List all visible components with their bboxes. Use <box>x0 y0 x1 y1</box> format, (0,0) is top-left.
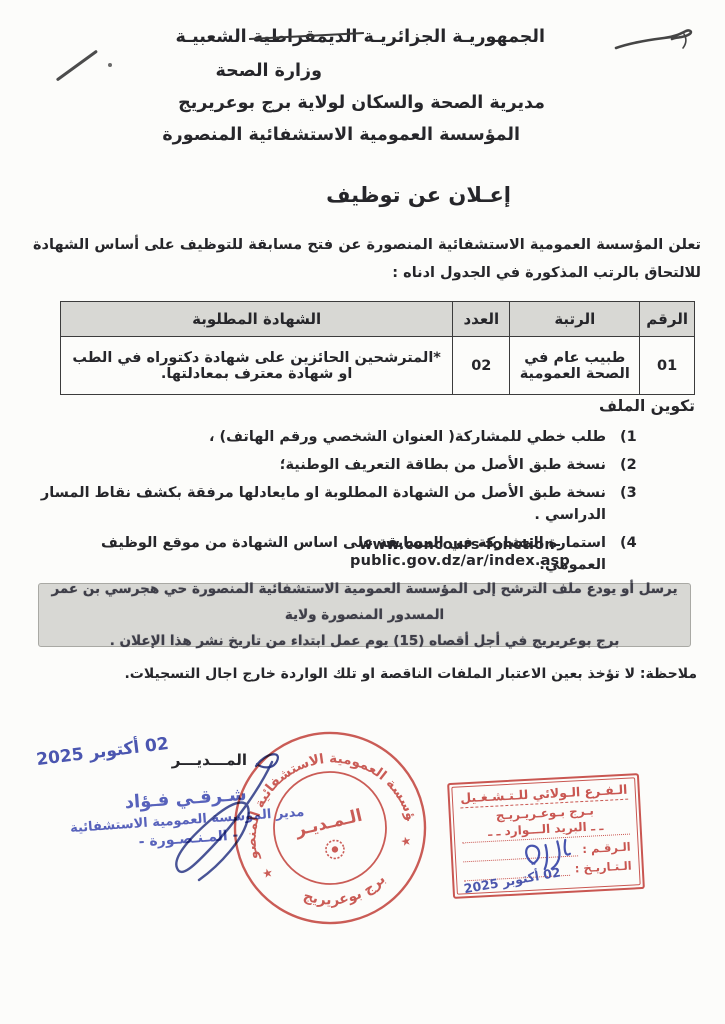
col-header-rank: الرتبة <box>510 302 640 337</box>
stamp-star-right-icon: ★ <box>399 833 413 849</box>
item-text: نسخة طبق الأصل من بطاقة التعريف الوطنية؛ <box>280 454 606 476</box>
cell-certificate: *المترشحين الحائزين على شهادة دكتوراه في… <box>61 337 453 395</box>
deposit-notice-line1: يرسل أو يودع ملف الترشح إلى المؤسسة العم… <box>39 576 690 629</box>
directorate-line: مديرية الصحة والسكان لولاية برج بوعريريج <box>178 93 545 113</box>
item-number: 2) <box>620 454 640 476</box>
stamp-center-text: الـمـديـر <box>293 806 365 841</box>
cell-number: 01 <box>640 337 695 395</box>
round-official-stamp: المؤسسة العمومية الاستشفائية المنصورة بر… <box>209 707 451 949</box>
pen-slash-mark <box>56 50 98 82</box>
pen-squiggle-mark <box>612 22 707 62</box>
ministry-line: وزارة الصحة <box>216 61 323 81</box>
announcement-title: إعـلان عن توظيف <box>326 183 511 207</box>
recruitment-table: الرقم الرتبة العدد الشهادة المطلوبة 01 ط… <box>60 301 695 395</box>
item-number: 3) <box>620 482 640 526</box>
incoming-mail-stamp-inner: الـفـرع الـولائي للـتـشـغـيل بـرج بـوعـر… <box>451 777 640 894</box>
item-number: 4) <box>620 532 640 576</box>
dossier-item-3: 3) نسخة طبق الأصل من الشهادة المطلوبة او… <box>40 482 640 526</box>
table-header-row: الرقم الرتبة العدد الشهادة المطلوبة <box>61 302 695 337</box>
item-text: طلب خطي للمشاركة( العنوان الشخصي ورقم ال… <box>209 426 606 448</box>
col-header-count: العدد <box>453 302 510 337</box>
pen-dot-mark <box>108 63 112 67</box>
scanned-document-page: الجمهوريـة الجزائريـة الديمقراطية الشعبي… <box>0 0 725 1024</box>
deposit-notice-box: يرسل أو يودع ملف الترشح إلى المؤسسة العم… <box>38 583 691 647</box>
intro-paragraph: تعلن المؤسسة العمومية الاستشفائية المنصو… <box>33 231 701 288</box>
col-header-certificate: الشهادة المطلوبة <box>61 302 453 337</box>
item-text: نسخة طبق الأصل من الشهادة المطلوبة او ما… <box>40 482 606 526</box>
establishment-line: المؤسسة العمومية الاستشفائية المنصورة <box>162 125 520 145</box>
stamp-star-left-icon: ★ <box>261 865 275 881</box>
dossier-item-2: 2) نسخة طبق الأصل من بطاقة التعريف الوطن… <box>40 454 640 476</box>
table-row: 01 طبيب عام في الصحة العمومية 02 *المترش… <box>61 337 695 395</box>
deposit-notice-line2: برج بوعريريج في أجل أقصاه (15) يوم عمل ا… <box>39 628 690 654</box>
item-number: 1) <box>620 426 640 448</box>
concours-url: www.concours-fonction- public.gov.dz/ar/… <box>330 537 590 569</box>
cell-rank: طبيب عام في الصحة العمومية <box>510 337 640 395</box>
cell-count: 02 <box>453 337 510 395</box>
dossier-heading: تكوين الملف <box>599 397 695 415</box>
struck-word: الديمقراطية <box>253 27 358 47</box>
header-republic-line: الجمهوريـة الجزائريـة الديمقراطية الشعبي… <box>176 27 546 47</box>
note-line: ملاحظة: لا تؤخذ بعين الاعتبار الملفات ال… <box>124 666 697 682</box>
republic-text-start: الجمهوريـة الجزائريـة <box>357 27 545 47</box>
dossier-item-1: 1) طلب خطي للمشاركة( العنوان الشخصي ورقم… <box>40 426 640 448</box>
stamp-ring-top-text: المؤسسة العمومية الاستشفائية المنصورة <box>226 733 420 863</box>
incoming-mail-stamp: الـفـرع الـولائي للـتـشـغـيل بـرج بـوعـر… <box>447 773 645 899</box>
stamp-number-label: الـرقـم : <box>582 840 631 857</box>
col-header-number: الرقم <box>640 302 695 337</box>
republic-text-end: الشعبيـة <box>176 27 253 47</box>
